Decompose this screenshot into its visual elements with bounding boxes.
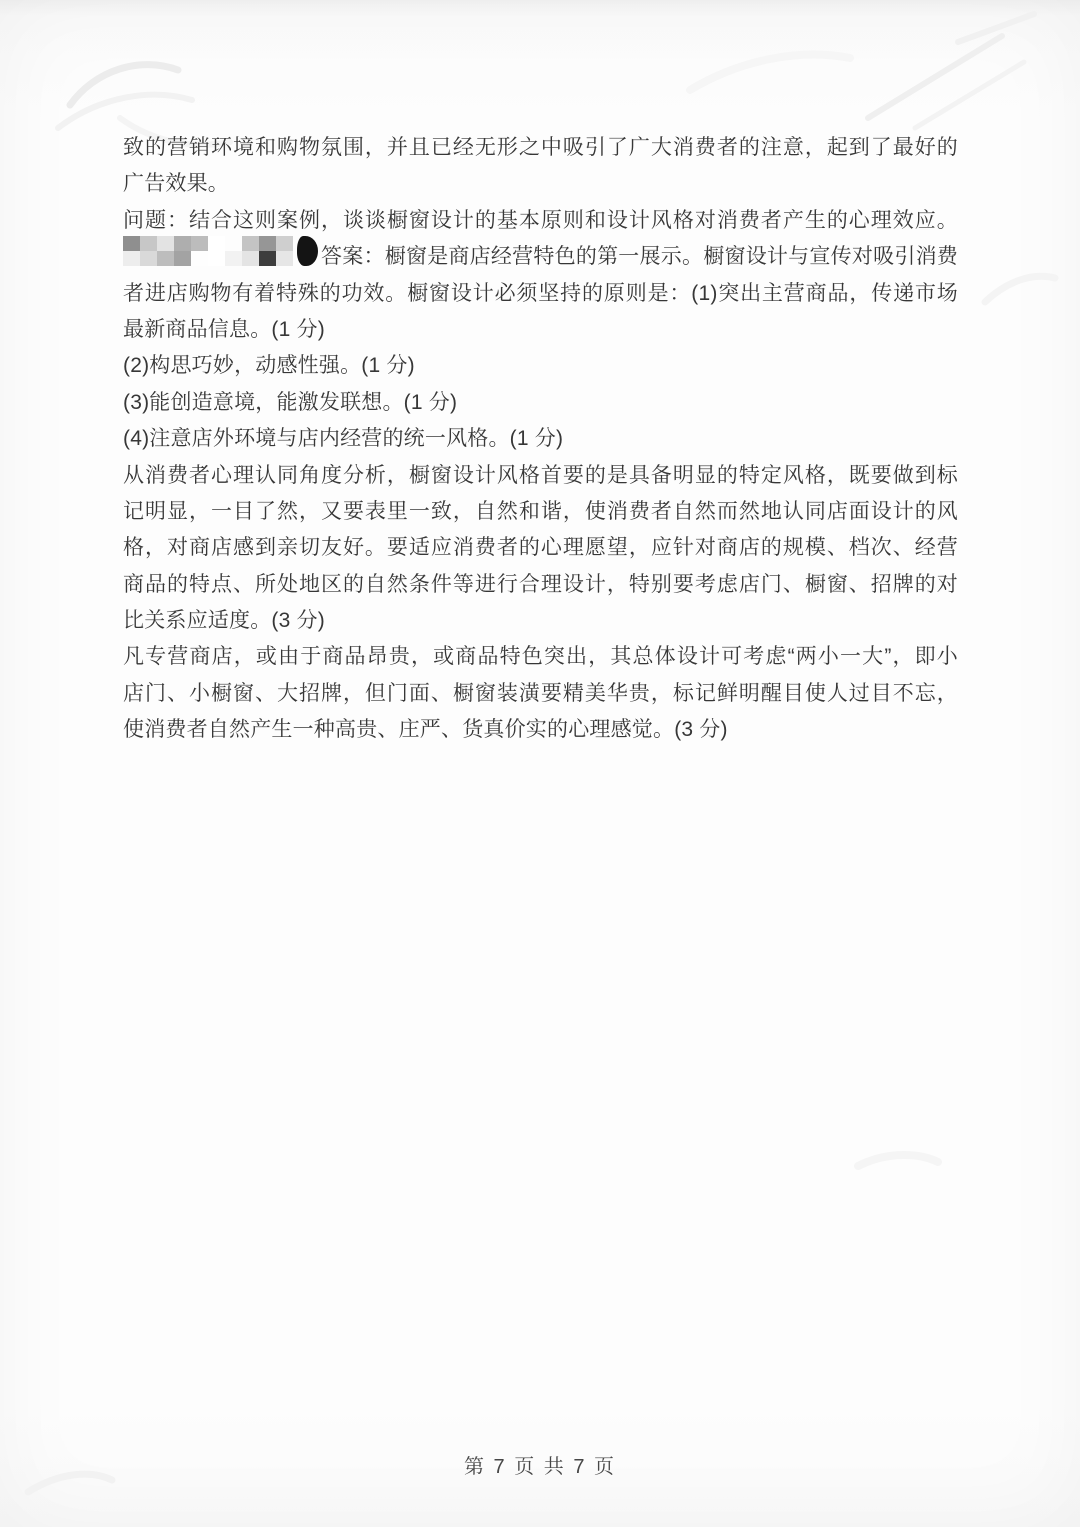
question-line: 问题：结合这则案例，谈谈橱窗设计的基本原则和设计风格对消费者产生的心理效应。 (123, 203, 958, 239)
text-line: 店门、小橱窗、大招牌，但门面、橱窗装潢要精美华贵，标记鲜明醒目使人过目不忘， (123, 676, 958, 712)
redaction-pixels (123, 236, 293, 266)
text-line: 比关系应适度。(3 分) (123, 603, 958, 639)
text-line: 从消费者心理认同角度分析，橱窗设计风格首要的是具备明显的特定风格，既要做到标 (123, 458, 958, 494)
text-line: 最新商品信息。(1 分) (123, 312, 958, 348)
text-line: 记明显，一目了然，又要表里一致，自然和谐，使消费者自然而然地认同店面设计的风 (123, 494, 958, 530)
redaction-blob (297, 236, 318, 266)
text-line: 致的营销环境和购物氛围，并且已经无形之中吸引了广大消费者的注意，起到了最好的 (123, 130, 958, 166)
redaction-mosaic (123, 236, 318, 266)
answer-text: 答案：橱窗是商店经营特色的第一展示。橱窗设计与宣传对吸引消费 (321, 245, 958, 268)
list-item-4: (4)注意店外环境与店内经营的统一风格。(1 分) (123, 421, 958, 457)
text-line: 使消费者自然产生一种高贵、庄严、货真价实的心理感觉。(3 分) (123, 712, 958, 748)
page-number: 第 7 页 共 7 页 (0, 1450, 1080, 1479)
list-item-3: (3)能创造意境，能激发联想。(1 分) (123, 385, 958, 421)
answer-first-line: 答案：橱窗是商店经营特色的第一展示。橱窗设计与宣传对吸引消费 (123, 239, 958, 275)
document-page: 致的营销环境和购物氛围，并且已经无形之中吸引了广大消费者的注意，起到了最好的 广… (0, 0, 1080, 1527)
text-line: 凡专营商店，或由于商品昂贵，或商品特色突出，其总体设计可考虑“两小一大”，即小 (123, 639, 958, 675)
text-line: 商品的特点、所处地区的自然条件等进行合理设计，特别要考虑店门、橱窗、招牌的对 (123, 567, 958, 603)
document-body: 致的营销环境和购物氛围，并且已经无形之中吸引了广大消费者的注意，起到了最好的 广… (123, 130, 958, 749)
text-line: 者进店购物有着特殊的功效。橱窗设计必须坚持的原则是：(1)突出主营商品，传递市场 (123, 276, 958, 312)
list-item-2: (2)构思巧妙，动感性强。(1 分) (123, 348, 958, 384)
text-line: 广告效果。 (123, 166, 958, 202)
text-line: 格，对商店感到亲切友好。要适应消费者的心理愿望，应针对商店的规模、档次、经营 (123, 530, 958, 566)
